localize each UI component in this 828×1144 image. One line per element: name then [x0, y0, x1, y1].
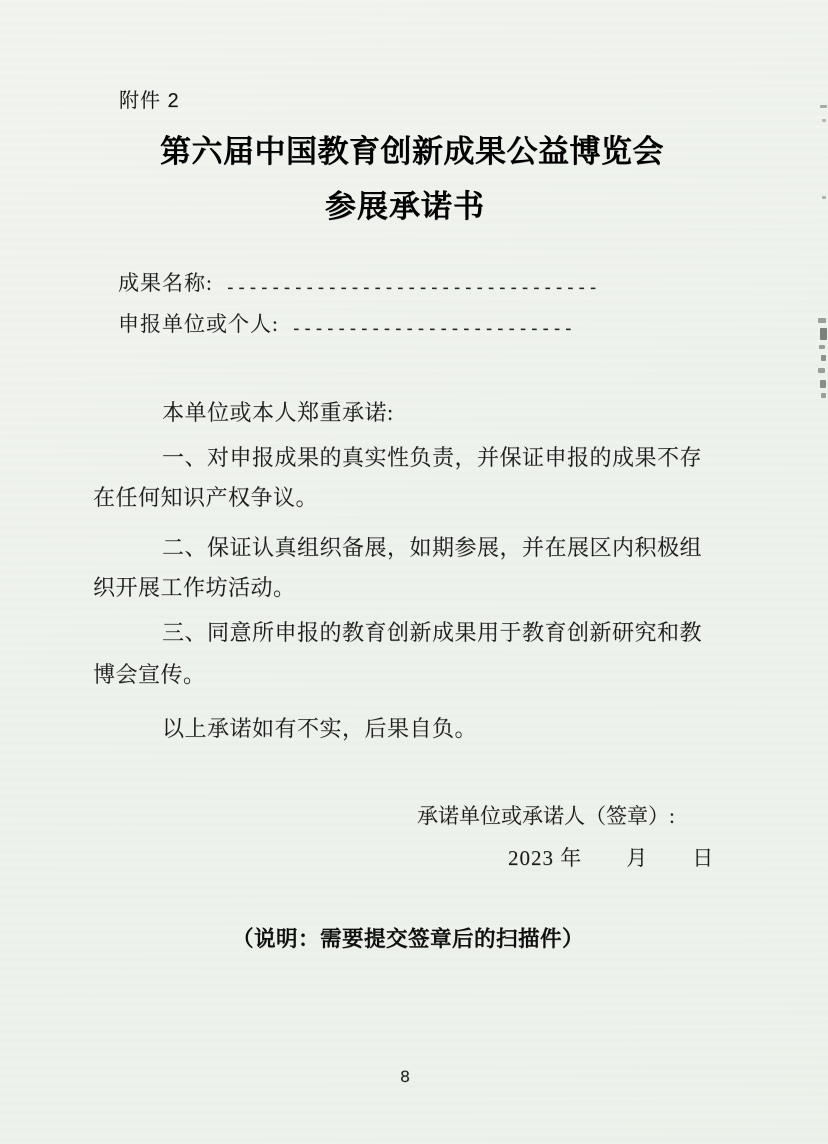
signature-date-line: 2023 年 月 日 [508, 846, 714, 870]
pledge-closing: 以上承诺如有不实，后果自负。 [162, 716, 477, 741]
pledge-item-2-line-1: 二、保证认真组织备展，如期参展，并在展区内积极组 [162, 535, 702, 560]
field-blank-applicant: ------------------------- [291, 319, 574, 340]
scan-artifact [821, 355, 826, 361]
document-title-line2: 参展承诺书 [325, 189, 485, 225]
document-title-line1: 第六届中国教育创新成果公益博览会 [160, 134, 664, 170]
signature-label: 承诺单位或承诺人（签章）: [417, 804, 675, 828]
scan-artifact [819, 345, 825, 349]
pledge-item-1-line-1: 一、对申报成果的真实性负责，并保证申报的成果不存 [162, 445, 702, 470]
attachment-label: 附件 2 [119, 90, 180, 113]
scan-artifact [820, 380, 826, 388]
field-label-achievement-name: 成果名称: [118, 271, 213, 295]
field-applicant: 申报单位或个人:------------------------- [118, 312, 574, 337]
field-achievement-name: 成果名称:--------------------------------- [118, 271, 599, 296]
field-label-applicant: 申报单位或个人: [118, 312, 279, 336]
scan-artifact [822, 196, 826, 199]
pledge-item-3-line-1: 三、同意所申报的教育创新成果用于教育创新研究和教 [162, 620, 702, 645]
pledge-item-2-line-2: 织开展工作坊活动。 [93, 575, 296, 600]
scan-artifact [818, 318, 826, 323]
scan-artifact [820, 105, 827, 108]
scan-artifact [821, 393, 826, 398]
pledge-item-1-line-2: 在任何知识产权争议。 [93, 485, 318, 510]
scanned-document-page: 附件 2 第六届中国教育创新成果公益博览会 参展承诺书 成果名称:-------… [0, 0, 828, 1144]
scan-artifact [820, 328, 827, 340]
pledge-item-3-line-2: 博会宣传。 [93, 662, 206, 687]
page-number: 8 [0, 1067, 810, 1087]
field-blank-achievement-name: --------------------------------- [225, 278, 599, 299]
note-line: （说明：需要提交签章后的扫描件） [232, 927, 584, 952]
pledge-opening: 本单位或本人郑重承诺: [162, 400, 394, 425]
scan-artifact [818, 368, 825, 373]
scan-artifact [822, 119, 826, 122]
